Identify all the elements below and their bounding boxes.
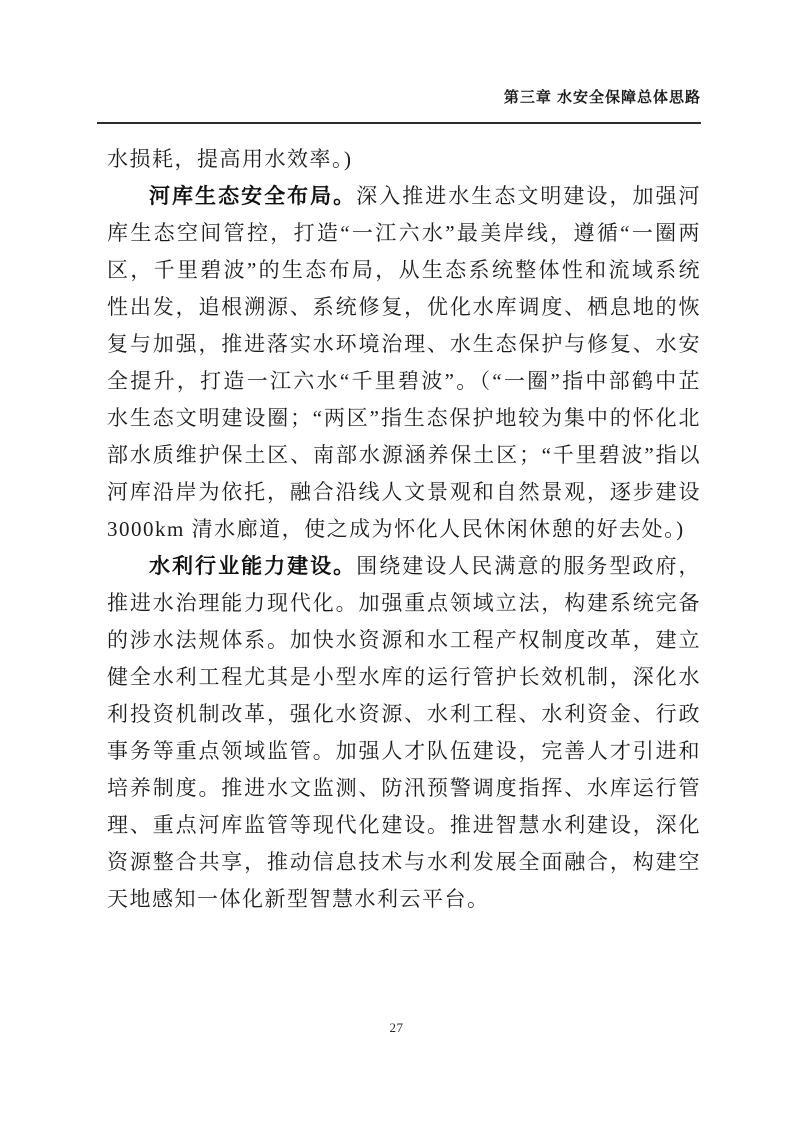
paragraph-lead: 河库生态安全布局。 xyxy=(149,185,356,208)
page-body: 水损耗，提高用水效率。) 河库生态安全布局。深入推进水生态文明建设，加强河库生态… xyxy=(107,141,701,918)
page-number: 27 xyxy=(0,1020,793,1036)
paragraph-lead: 水利行业能力建设。 xyxy=(149,555,356,578)
paragraph-text: 深入推进水生态文明建设，加强河库生态空间管控，打造“一江六水”最美岸线，遵循“一… xyxy=(107,184,701,541)
paragraph-text: 围绕建设人民满意的服务型政府，推进水治理能力现代化。加强重点领域立法，构建系统完… xyxy=(107,554,701,911)
chapter-title: 第三章 水安全保障总体思路 xyxy=(504,89,701,106)
paragraph-industry-capacity: 水利行业能力建设。围绕建设人民满意的服务型政府，推进水治理能力现代化。加强重点领… xyxy=(107,548,701,918)
running-header: 第三章 水安全保障总体思路 xyxy=(97,86,701,124)
paragraph-river-ecology: 河库生态安全布局。深入推进水生态文明建设，加强河库生态空间管控，打造“一江六水”… xyxy=(107,178,701,548)
document-page: 第三章 水安全保障总体思路 水损耗，提高用水效率。) 河库生态安全布局。深入推进… xyxy=(0,0,793,1122)
paragraph-continuation: 水损耗，提高用水效率。) xyxy=(107,141,701,178)
paragraph-text: 水损耗，提高用水效率。) xyxy=(107,147,353,171)
